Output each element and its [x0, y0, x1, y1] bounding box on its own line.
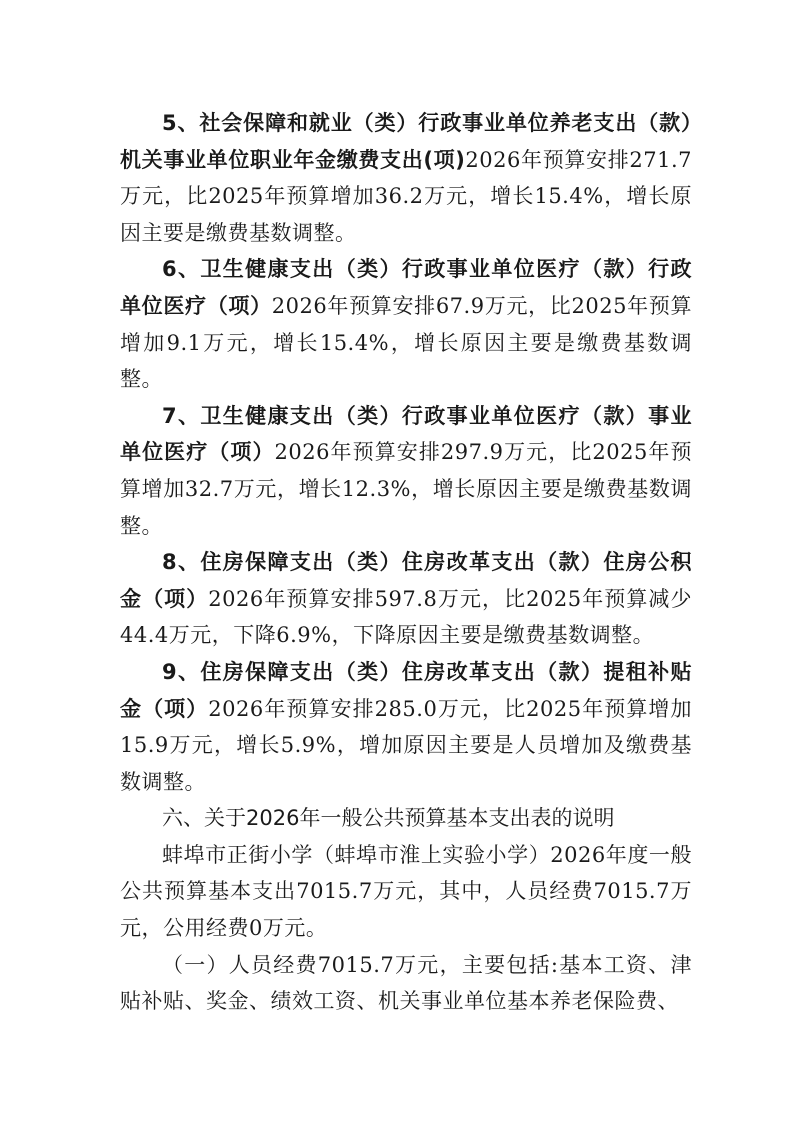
paragraph-item-5: 5、社会保障和就业（类）行政事业单位养老支出（款）机关事业单位职业年金缴费支出(… — [120, 105, 692, 251]
section-paragraph: 蚌埠市正街小学（蚌埠市淮上实验小学）2026年度一般公共预算基本支出7015.7… — [120, 837, 692, 947]
paragraph-item-8: 8、住房保障支出（类）住房改革支出（款）住房公积金（项）2026年预算安排597… — [120, 544, 692, 654]
paragraph-item-9: 9、住房保障支出（类）住房改革支出（款）提租补贴金（项）2026年预算安排285… — [120, 654, 692, 800]
paragraph-item-6: 6、卫生健康支出（类）行政事业单位医疗（款）行政单位医疗（项）2026年预算安排… — [120, 251, 692, 397]
document-page: 5、社会保障和就业（类）行政事业单位养老支出（款）机关事业单位职业年金缴费支出(… — [120, 105, 692, 1020]
section-heading: 六、关于2026年一般公共预算基本支出表的说明 — [120, 800, 692, 837]
paragraph-item-7: 7、卫生健康支出（类）行政事业单位医疗（款）事业单位医疗（项）2026年预算安排… — [120, 398, 692, 544]
section-paragraph: （一）人员经费7015.7万元，主要包括:基本工资、津贴补贴、奖金、绩效工资、机… — [120, 947, 692, 1020]
